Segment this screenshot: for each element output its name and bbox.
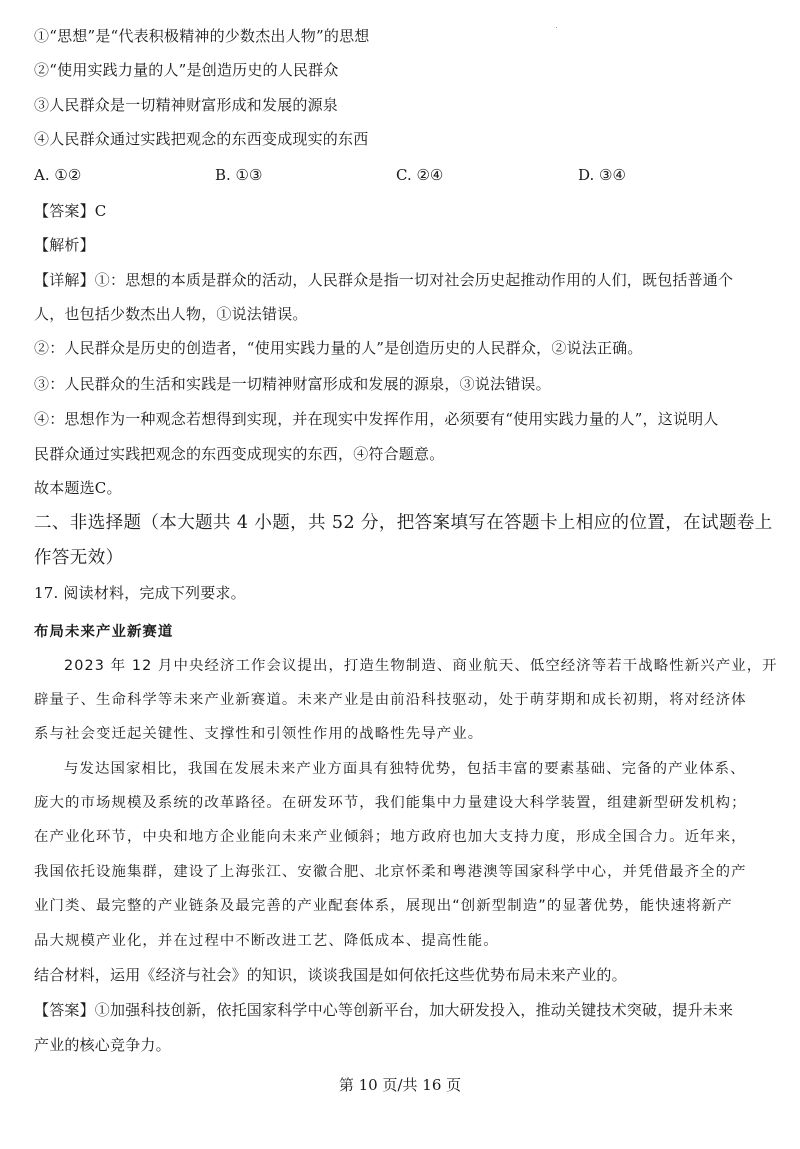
answer-17-line-2: 产业的核心竞争力。 bbox=[34, 1035, 770, 1055]
statement-2: ②“使用实践力量的人”是创造历史的人民群众 bbox=[34, 60, 770, 80]
question-17-prompt: 17. 阅读材料，完成下列要求。 bbox=[34, 583, 770, 603]
section-heading-line-1: 二、非选择题（本大题共 4 小题，共 52 分，把答案填写在答题卡上相应的位置，… bbox=[34, 511, 770, 535]
material-p2-line-3: 在产业化环节，中央和地方企业能向未来产业倾斜；地方政府也加大支持力度，形成全国合… bbox=[34, 827, 770, 847]
question-17-task: 结合材料，运用《经济与社会》的知识，谈谈我国是如何依托这些优势布局未来产业的。 bbox=[34, 965, 770, 985]
statement-4: ④人民群众通过实践把观念的东西变成现实的东西 bbox=[34, 129, 770, 149]
answer-line: 【答案】C bbox=[34, 201, 770, 221]
section-heading-line-2: 作答无效） bbox=[34, 546, 770, 570]
material-p2-line-2: 庞大的市场规模及系统的改革路径。在研发环节，我们能集中力量建设大科学装置，组建新… bbox=[34, 793, 770, 813]
explanation-line-3: ②：人民群众是历史的创造者，“使用实践力量的人”是创造历史的人民群众，②说法正确… bbox=[34, 338, 770, 358]
analysis-label: 【解析】 bbox=[34, 235, 770, 255]
option-c: C. ②④ bbox=[396, 165, 443, 185]
page-indicator: 第 10 页/共 16 页 bbox=[0, 1075, 800, 1095]
statement-1: ①“思想”是“代表积极精神的少数杰出人物”的思想 bbox=[34, 26, 770, 46]
material-p1-line-1: 2023 年 12 月中央经济工作会议提出，打造生物制造、商业航天、低空经济等若… bbox=[64, 656, 770, 676]
material-p2-line-6: 品大规模产业化，并在过程中不断改进工艺、降低成本、提高性能。 bbox=[34, 931, 770, 951]
material-p2-line-4: 我国依托设施集群，建设了上海张江、安徽合肥、北京怀柔和粤港澳等国家科学中心，并凭… bbox=[34, 862, 770, 882]
explanation-line-6: 民群众通过实践把观念的东西变成现实的东西，④符合题意。 bbox=[34, 444, 770, 464]
material-p1-line-3: 系与社会变迁起关键性、支撑性和引领性作用的战略性先导产业。 bbox=[34, 724, 770, 744]
explanation-line-1: 【详解】①：思想的本质是群众的活动，人民群众是指一切对社会历史起推动作用的人们，… bbox=[34, 270, 770, 290]
explanation-line-5: ④：思想作为一种观念若想得到实现，并在现实中发挥作用，必须要有“使用实践力量的人… bbox=[34, 409, 770, 429]
document-page: ①“思想”是“代表积极精神的少数杰出人物”的思想 ②“使用实践力量的人”是创造历… bbox=[0, 0, 800, 1149]
explanation-line-4: ③：人民群众的生活和实践是一切精神财富形成和发展的源泉，③说法错误。 bbox=[34, 374, 770, 394]
option-a: A. ①② bbox=[34, 165, 81, 185]
option-b: B. ①③ bbox=[215, 165, 262, 185]
statement-3: ③人民群众是一切精神财富形成和发展的源泉 bbox=[34, 95, 770, 115]
answer-17-line-1: 【答案】①加强科技创新，依托国家科学中心等创新平台，加大研发投入，推动关键技术突… bbox=[34, 1000, 770, 1020]
material-p1-line-2: 辟量子、生命科学等未来产业新赛道。未来产业是由前沿科技驱动，处于萌芽期和成长初期… bbox=[34, 690, 770, 710]
material-title: 布局未来产业新赛道 bbox=[34, 622, 770, 642]
material-p2-line-5: 业门类、最完整的产业链条及最完善的产业配套体系，展现出“创新型制造”的显著优势，… bbox=[34, 896, 770, 916]
explanation-line-2: 人，也包括少数杰出人物，①说法错误。 bbox=[34, 304, 770, 324]
option-d: D. ③④ bbox=[578, 165, 626, 185]
material-p2-line-1: 与发达国家相比，我国在发展未来产业方面具有独特优势，包括丰富的要素基础、完备的产… bbox=[64, 759, 770, 779]
conclusion-line: 故本题选C。 bbox=[34, 478, 770, 498]
